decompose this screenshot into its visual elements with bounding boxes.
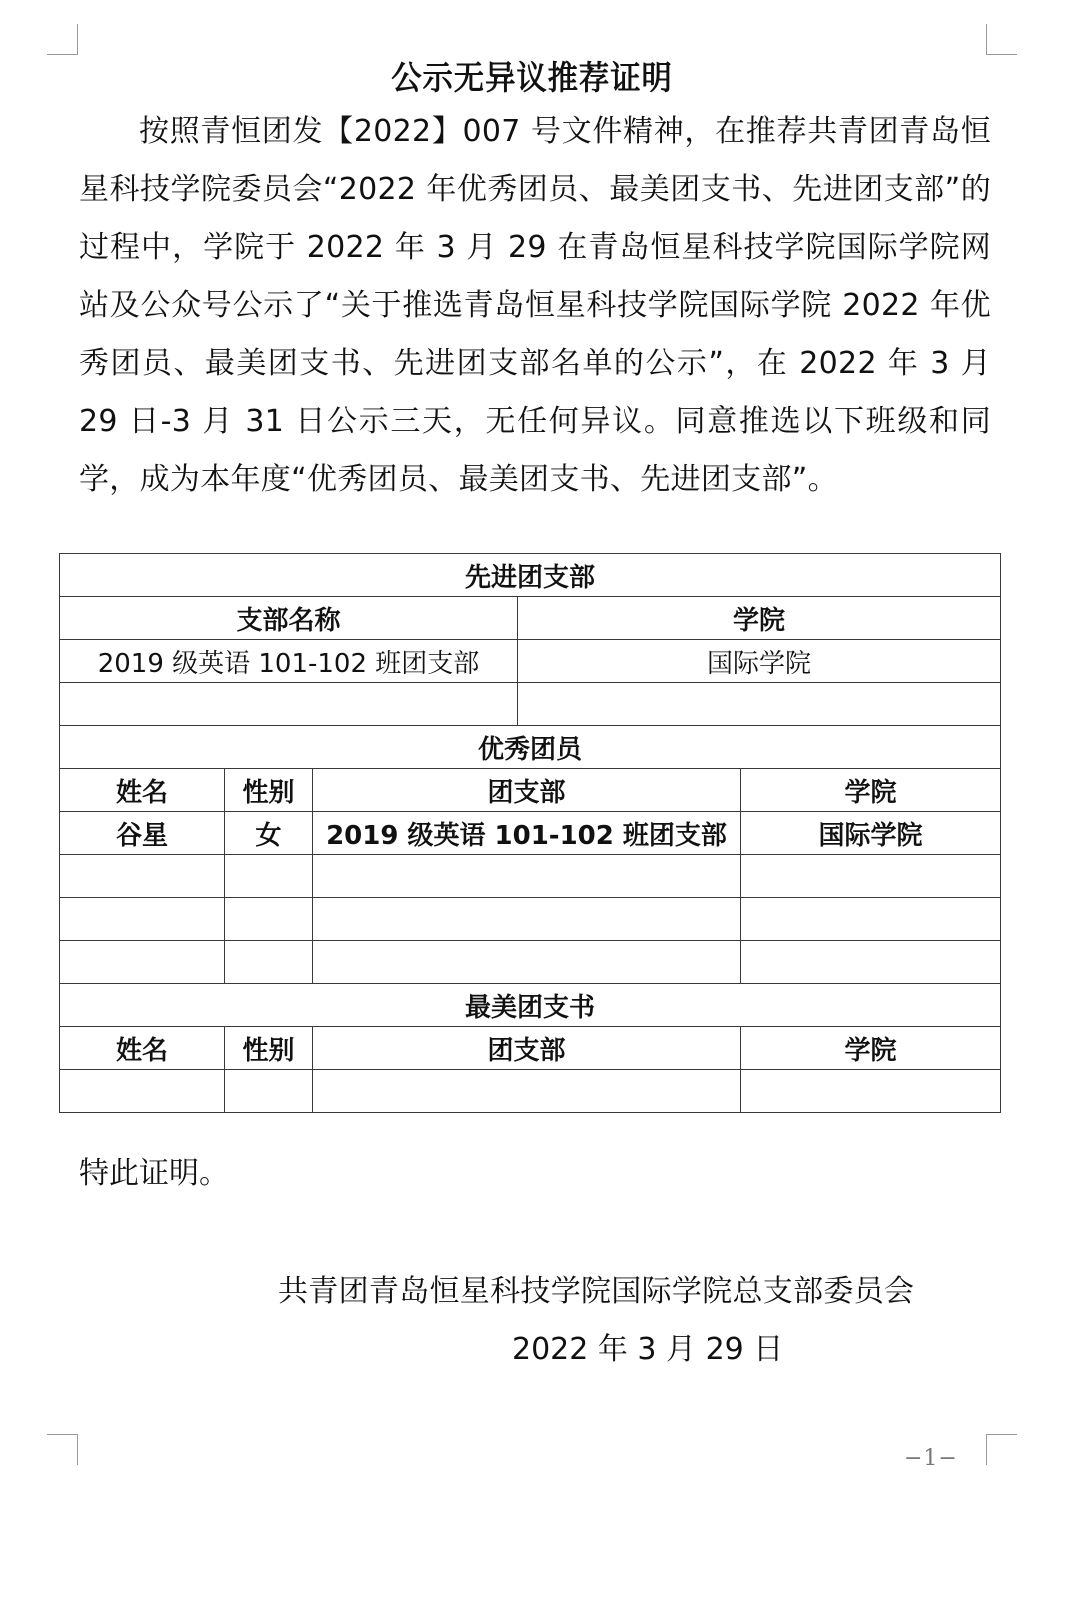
col-head-college: 学院: [741, 769, 1001, 812]
document-title: 公示无异议推荐证明: [43, 52, 1022, 99]
page-corner-mark-top-right: [986, 24, 1017, 55]
cell-branch-name: 2019 级英语 101-102 班团支部: [60, 640, 518, 683]
table-row: [60, 1070, 1001, 1113]
section-row-advanced-branch: 先进团支部: [60, 554, 1001, 597]
award-table: 先进团支部 支部名称 学院 2019 级英语 101-102 班团支部 国际学院…: [59, 553, 1001, 1113]
header-row-excellent-members: 姓名 性别 团支部 学院: [60, 769, 1001, 812]
table-row: [60, 683, 1001, 726]
cell-college: 国际学院: [518, 640, 1001, 683]
cell-name: [60, 1070, 225, 1113]
cell-branch: [313, 1070, 741, 1113]
signature-date: 2022 年 3 月 29 日: [512, 1326, 783, 1374]
cell-name: [60, 855, 225, 898]
cell-college: [741, 1070, 1001, 1113]
col-head-branch: 团支部: [313, 1027, 741, 1070]
table-row: [60, 941, 1001, 984]
page-corner-mark-top-left: [47, 24, 78, 55]
cell-branch: [313, 941, 741, 984]
cell-college: [741, 898, 1001, 941]
cell-gender: [225, 855, 313, 898]
col-head-branch: 团支部: [313, 769, 741, 812]
cell-college: [741, 941, 1001, 984]
table-row: 2019 级英语 101-102 班团支部 国际学院: [60, 640, 1001, 683]
section-title-best-secretary: 最美团支书: [60, 984, 1001, 1027]
cell-branch-name: [60, 683, 518, 726]
cell-gender: [225, 1070, 313, 1113]
cell-branch: [313, 855, 741, 898]
cell-branch: 2019 级英语 101-102 班团支部: [313, 812, 741, 855]
cell-branch: [313, 898, 741, 941]
cell-gender: [225, 941, 313, 984]
col-head-gender: 性别: [225, 769, 313, 812]
header-row-best-secretary: 姓名 性别 团支部 学院: [60, 1027, 1001, 1070]
col-head-name: 姓名: [60, 1027, 225, 1070]
closing-statement: 特此证明。: [79, 1150, 229, 1198]
cell-gender: [225, 898, 313, 941]
page-corner-mark-bottom-left: [47, 1434, 78, 1465]
cell-name: 谷星: [60, 812, 225, 855]
col-head-college: 学院: [518, 597, 1001, 640]
cell-name: [60, 941, 225, 984]
cell-college: 国际学院: [741, 812, 1001, 855]
section-row-excellent-members: 优秀团员: [60, 726, 1001, 769]
signature-organization: 共青团青岛恒星科技学院国际学院总支部委员会: [278, 1268, 914, 1316]
table-row: [60, 855, 1001, 898]
cell-college: [518, 683, 1001, 726]
table-row: 谷星 女 2019 级英语 101-102 班团支部 国际学院: [60, 812, 1001, 855]
page-corner-mark-bottom-right: [986, 1434, 1017, 1465]
cell-name: [60, 898, 225, 941]
section-title-advanced-branch: 先进团支部: [60, 554, 1001, 597]
body-paragraph: 按照青恒团发【2022】007 号文件精神，在推荐共青团青岛恒星科技学院委员会“…: [79, 103, 991, 509]
section-title-excellent-members: 优秀团员: [60, 726, 1001, 769]
page-number: −1−: [904, 1446, 958, 1471]
col-head-branch-name: 支部名称: [60, 597, 518, 640]
col-head-name: 姓名: [60, 769, 225, 812]
cell-gender: 女: [225, 812, 313, 855]
cell-college: [741, 855, 1001, 898]
col-head-gender: 性别: [225, 1027, 313, 1070]
header-row-advanced-branch: 支部名称 学院: [60, 597, 1001, 640]
table-row: [60, 898, 1001, 941]
section-row-best-secretary: 最美团支书: [60, 984, 1001, 1027]
col-head-college: 学院: [741, 1027, 1001, 1070]
